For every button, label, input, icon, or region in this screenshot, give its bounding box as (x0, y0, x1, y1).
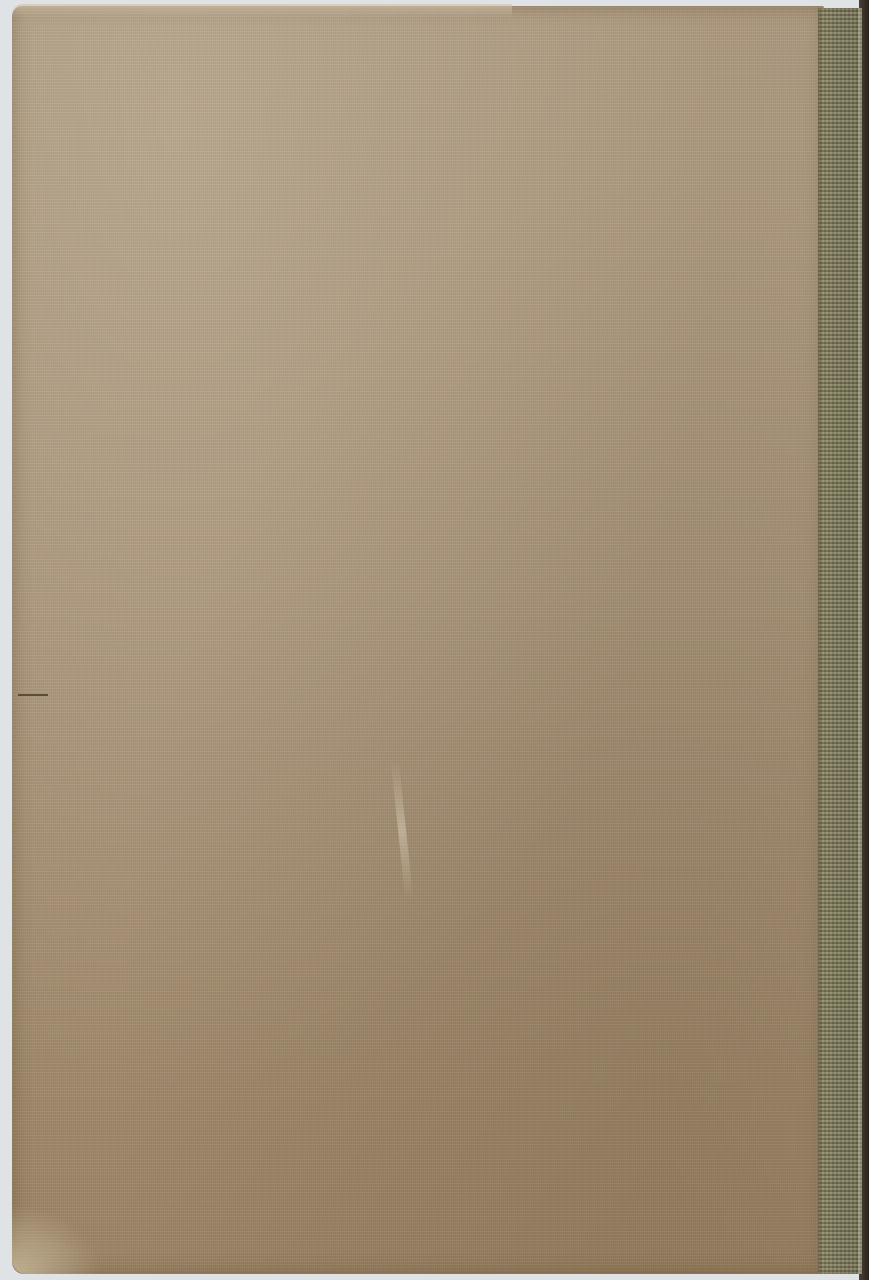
book-back-cover (12, 6, 824, 1274)
worn-bottom-left-corner (12, 1204, 102, 1274)
spine-binding-cloth (818, 8, 862, 1274)
spine-frayed-edge (858, 8, 862, 1274)
worn-top-edge (12, 4, 512, 18)
small-ink-mark (18, 694, 48, 696)
